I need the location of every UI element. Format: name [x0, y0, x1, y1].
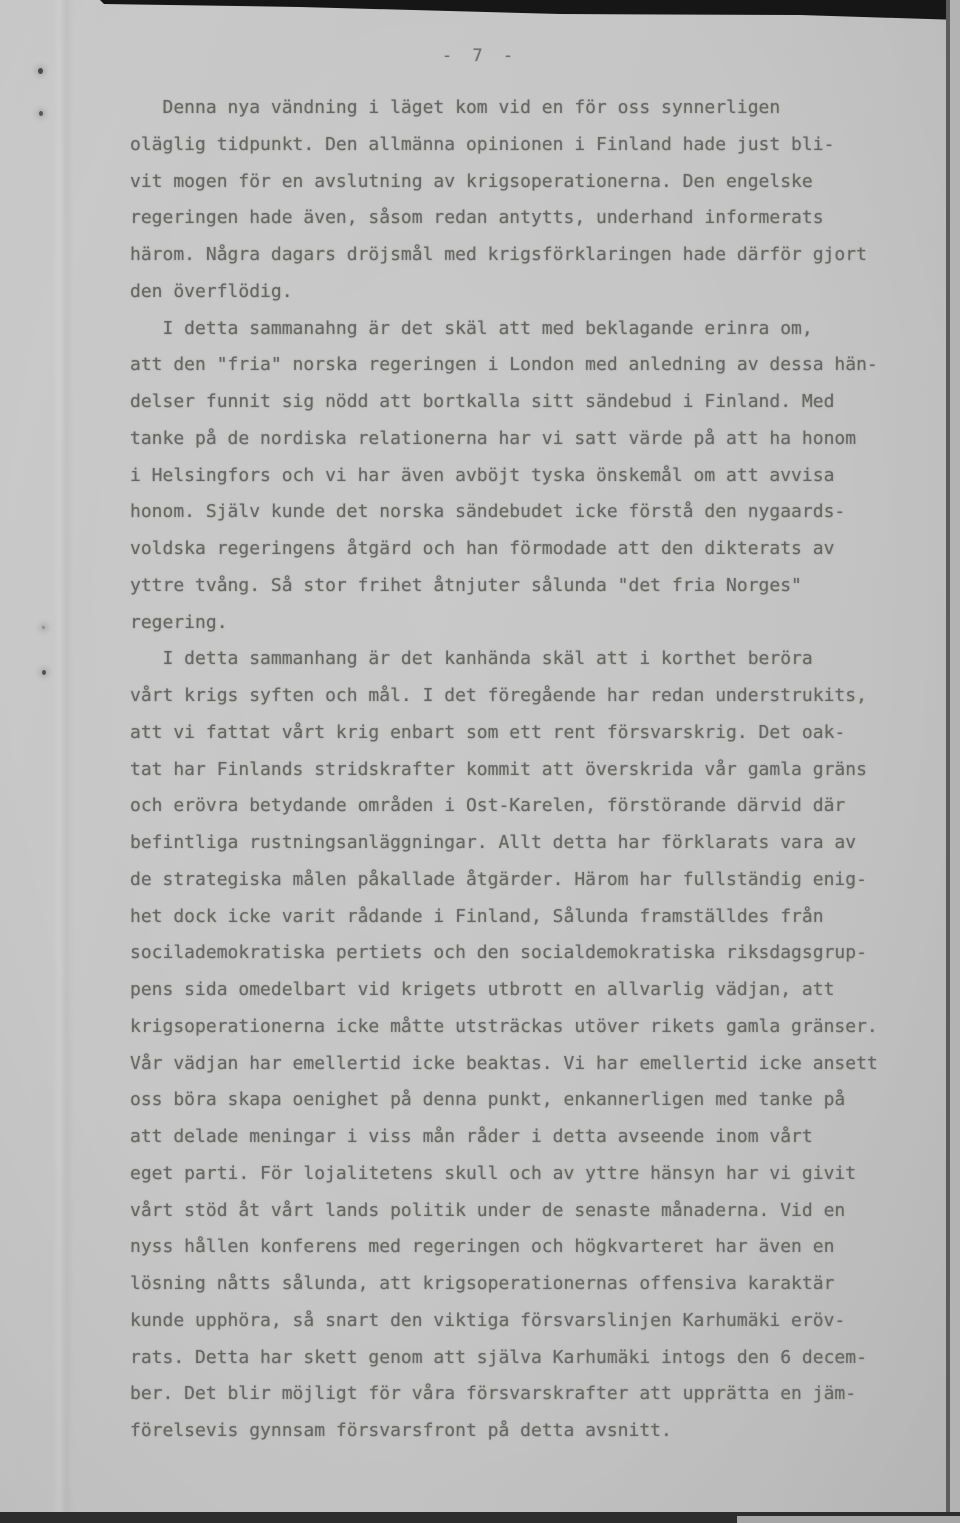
scan-edge-right — [946, 0, 950, 1523]
text-line: krigsoperationerna icke måtte utsträckas… — [130, 1009, 920, 1046]
text-line: oläglig tidpunkt. Den allmänna opinionen… — [130, 127, 920, 164]
text-line: att delade meningar i viss mån råder i d… — [130, 1119, 920, 1156]
scan-margin-right — [950, 0, 960, 1523]
page-number: - 7 - — [0, 46, 960, 66]
text-line: befintliga rustningsanläggningar. Allt d… — [130, 825, 920, 862]
text-line: vårt stöd åt vårt lands politik under de… — [130, 1193, 920, 1230]
text-line: vårt krigs syften och mål. I det föregåe… — [130, 678, 920, 715]
text-line: lösning nåtts sålunda, att krigsoperatio… — [130, 1266, 920, 1303]
scan-edge-top — [0, 0, 960, 22]
text-line: oss böra skapa oenighet på denna punkt, … — [130, 1082, 920, 1119]
text-line: yttre tvång. Så stor frihet åtnjuter sål… — [130, 568, 920, 605]
text-line: Vår vädjan har emellertid icke beaktas. … — [130, 1046, 920, 1083]
text-line: i Helsingfors och vi har även avböjt tys… — [130, 458, 920, 495]
text-line: förelsevis gynnsam försvarsfront på dett… — [130, 1413, 920, 1450]
text-line: den överflödig. — [130, 274, 920, 311]
text-line: härom. Några dagars dröjsmål med krigsfö… — [130, 237, 920, 274]
text-line: honom. Själv kunde det norska sändebudet… — [130, 494, 920, 531]
text-line: ber. Det blir möjligt för våra försvarsk… — [130, 1376, 920, 1413]
text-line: tat har Finlands stridskrafter kommit at… — [130, 752, 920, 789]
text-line: I detta sammanhang är det kanhända skäl … — [130, 641, 920, 678]
text-line: pens sida omedelbart vid krigets utbrott… — [130, 972, 920, 1009]
text-line: socilademokratiska pertiets och den soci… — [130, 935, 920, 972]
text-line: eget parti. För lojalitetens skull och a… — [130, 1156, 920, 1193]
text-line: att vi fattat vårt krig enbart som ett r… — [130, 715, 920, 752]
text-line: de strategiska målen påkallade åtgärder.… — [130, 862, 920, 899]
text-line: vit mogen för en avslutning av krigsoper… — [130, 164, 920, 201]
text-line: och erövra betydande områden i Ost-Karel… — [130, 788, 920, 825]
underpage-corner — [737, 1516, 960, 1523]
text-line: Denna nya vändning i läget kom vid en fö… — [130, 90, 920, 127]
text-line: regeringen hade även, såsom redan antytt… — [130, 200, 920, 237]
ink-speck — [42, 670, 46, 675]
text-line: nyss hållen konferens med regeringen och… — [130, 1229, 920, 1266]
ink-speck — [42, 626, 45, 629]
punch-hole-mark — [39, 111, 43, 116]
text-line: het dock icke varit rådande i Finland, S… — [130, 899, 920, 936]
text-line: delser funnit sig nödd att bortkalla sit… — [130, 384, 920, 421]
text-line: regering. — [130, 605, 920, 642]
text-line: voldska regeringens åtgärd och han förmo… — [130, 531, 920, 568]
text-line: att den "fria" norska regeringen i Londo… — [130, 347, 920, 384]
text-line: tanke på de nordiska relationerna har vi… — [130, 421, 920, 458]
punch-hole-mark — [38, 68, 43, 74]
paper-crease — [52, 0, 74, 1523]
text-line: kunde upphöra, så snart den viktiga förs… — [130, 1303, 920, 1340]
text-line: rats. Detta har skett genom att själva K… — [130, 1340, 920, 1377]
scanned-document-page: - 7 - Denna nya vändning i läget kom vid… — [0, 0, 960, 1523]
text-line: I detta sammanahng är det skäl att med b… — [130, 311, 920, 348]
document-body: Denna nya vändning i läget kom vid en fö… — [130, 90, 920, 1450]
